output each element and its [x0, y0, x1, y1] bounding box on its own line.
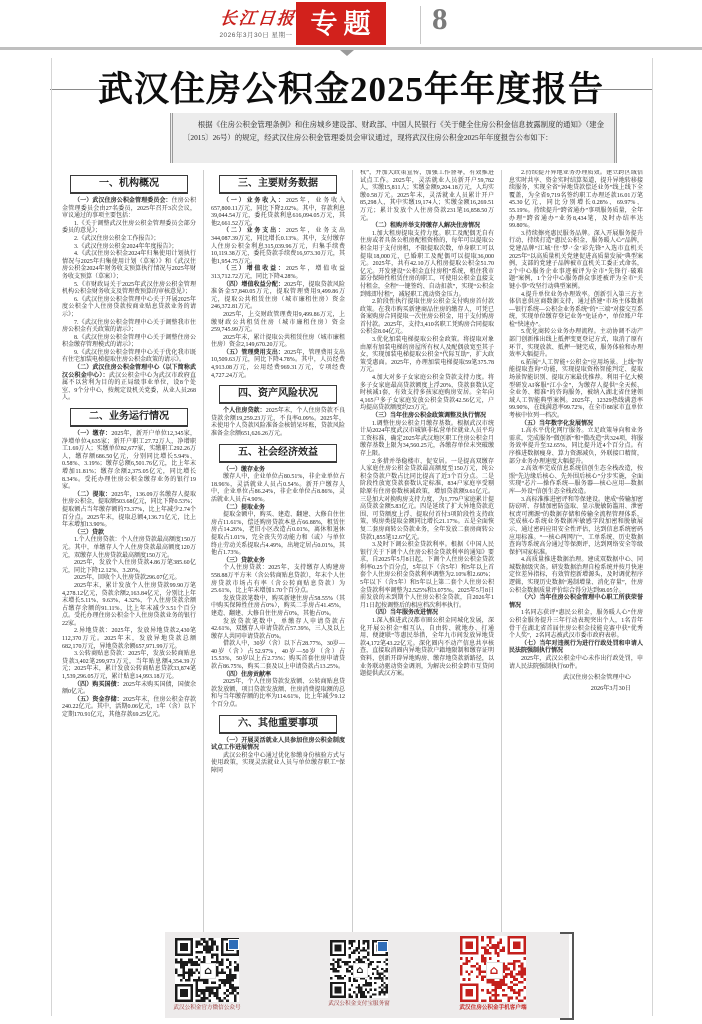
- paragraph: 个人住房贷款：2025年末，个人住房贷款不良贷款余额19,259.23万元，不良…: [211, 408, 345, 438]
- paragraph: 2025年，发放个人住房贷款4.86万笔385.60亿元，同比下降12.12%、…: [62, 560, 196, 575]
- subsection-heading: （四）当年服务改进情况: [360, 610, 494, 618]
- column-1: 一、机构概况（一）武汉住房公积金管理委员会：住房公积金管理委员会由27名委员，2…: [55, 170, 203, 934]
- page-number: 8: [432, 1, 448, 37]
- closing-line: 武汉住房公积金管理中心: [509, 674, 643, 682]
- paragraph: 4.《武汉住房公积金2024年归集使用计划执行情况与2025年归集使用计划（草案…: [62, 251, 196, 281]
- page-title: 武汉住房公积金2025年年度报告: [0, 62, 702, 112]
- paragraph: 2025年末，累计发放个人住房贷款99.90万笔4,278.12亿元，贷款余额2…: [62, 583, 196, 629]
- qr-blue-corner-icon: [228, 939, 239, 950]
- paragraph: 6.拓展“人工智能+公积金”应用场景。上线“智能提取查询”功能，实现提取资格智能…: [509, 360, 643, 421]
- subsection-heading: （七）当年对违规行为进行行政处罚和申请人民法院强制执行情况: [509, 641, 643, 656]
- paragraph: 5.《市财政局关于2025年武汉住房公积金管理机构公积金财务收支及管理费预算的审…: [62, 282, 196, 297]
- paragraph: （一）武汉住房公积金管理委员会：住房公积金管理委员会由27名委员，2025年召开…: [62, 198, 196, 221]
- paragraph: 6.《武汉住房公积金管理中心关于开展2025年度公积金个人住房贷款按商业贴息贷款…: [62, 297, 196, 320]
- paragraph: 3.公转商贴息贷款：2025年，发放公转商贴息贷款3,402笔299,973万元…: [62, 651, 196, 681]
- qr-caption: 武汉公积金官方微信公众号: [161, 1004, 253, 1012]
- paragraph: 4.高质量推进数据治理。建成双数据中心、同城数据级灾备。研发数据治理自检系统并按…: [509, 557, 643, 595]
- section-heading: 六、其他重要事项: [219, 715, 336, 734]
- paragraph: 1.高水平优化网厅服务。立足政策导向和业务需求，完成服务“微创新”和“微改造”共…: [509, 428, 643, 466]
- article-body: 一、机构概况（一）武汉住房公积金管理委员会：住房公积金管理委员会由27名委员，2…: [55, 170, 650, 934]
- qr-center-logo-icon: ⌂: [200, 963, 216, 979]
- paragraph: 3.优化加装电梯提取公积金政策。将提取对象由原有加装电梯的房屋所有权人及配偶放宽…: [360, 337, 494, 375]
- paragraph: 5.优化商转公业务办理流程。主动协调不动产部门创新推出线上抵押变更登记方式，取消…: [509, 329, 643, 359]
- paragraph: （二）提取：2025年，136.09万名缴存人提取住房公积金，提取额503.68…: [62, 492, 196, 530]
- paragraph: （三）增值收益：2025年，增值收益313,712.72万元，同比下降4.28%…: [211, 266, 345, 281]
- paragraph: 3.高标准推进密评和等保建设。建成“传输加密防窃听、存储加密防盗取、显示脱敏防滥…: [509, 497, 643, 558]
- paragraph: 7.《武汉住房公积金管理中心关于调整我市住房公积金有关政策的请示》；: [62, 320, 196, 335]
- paragraph: （五）管理费用支出：2025年，管理费用支出10,509.63万元，同比下降4.…: [211, 350, 345, 380]
- intro-text: 根据《住房公积金管理条例》和住房城乡建设部、财政部、中国人民银行《关于健全住房公…: [183, 118, 604, 144]
- paragraph: 2.阶段性执行提取住房公积金支付购房首付款政策。在我市购买新建商品住房的缴存人，…: [360, 299, 494, 337]
- paragraph: 权”，并加大政策宣传，加强工作督导，有效推进试点工作。2025年，灵活就业人员新…: [360, 170, 494, 223]
- paragraph: （五）资金存储：2025年末，住房公积金存款240.22亿元。其中，活期0.06…: [62, 697, 196, 720]
- paragraph: 3.及时下调公积金贷款利率。根据《中国人民银行关于下调个人住房公积金贷款利率的通…: [360, 542, 494, 610]
- paragraph: （四）购买国债：2025年未购买国债，国债余额0亿元。: [62, 682, 196, 697]
- paragraph: 3.持续擦亮惠民服务品牌。深入开展服务提升行动，持续打造“惠民公积金，服务暖人心…: [509, 231, 643, 292]
- paragraph: 1.加大租房提取支持力度。职工及配偶无自有住房或者具备公租房配租资格的，每年可以…: [360, 231, 494, 299]
- qr-panel-bracket: [560, 932, 574, 1020]
- paragraph: 2.《武汉住房公积金工作报告》；: [62, 236, 196, 244]
- paragraph: 发放贷款笔数中，购买新建住房占58.55%（其中购买保障性住房占0%），购买二手…: [211, 596, 345, 619]
- section-heading: 三、主要财务数据: [219, 175, 336, 194]
- paragraph: 缴存人中，企业单位占80.51%，非企业单位占18.96%，灵活就业人员占0.5…: [211, 474, 345, 504]
- paragraph: 2025年末，累计提取公共租赁住房（城市廉租住房）资金2,149,670.20万…: [211, 335, 345, 350]
- section-heading: 二、业务运行情况: [70, 408, 187, 427]
- pointer-triangle-icon: [340, 50, 354, 56]
- paragraph: 1.调整住房公积金月缴存基数。根据武汉市统计局2024年度武汉市城镇非私营单位就…: [360, 421, 494, 459]
- paragraph: 1名同志获评“惠民公积金，服务暖人心”住房公积金服务提升三年行动表现突出个人，1…: [509, 610, 643, 640]
- paragraph: 1.《关于调整武汉住房公积金管理委员会部分委员的意见》；: [62, 221, 196, 236]
- subsection-heading: （一）开展灵活就业人员参加住房公积金制度试点工作进展情况: [211, 738, 345, 753]
- paragraph: 武汉公积金中心通过优化参缴身份核验方式与使用政策，实现灵活就业人员与单位缴存职工…: [211, 753, 345, 776]
- paragraph: （二）武汉住房公积金管理中心（以下简称武汉公积金中心）：武汉公积金中心为武汉市政…: [62, 365, 196, 403]
- subsection-heading: （二）租购并举支持缴存人解决住房情况: [360, 223, 494, 231]
- paragraph: 4.加大对多子女家庭公积金贷款支持力度。将多子女家庭最高贷款额度上浮20%，贷款…: [360, 375, 494, 413]
- newspaper-logo: 长江日报: [207, 4, 310, 29]
- paragraph: （四）增值收益分配：2025年，提取贷款风险准备金57,840.05万元，提取管…: [211, 282, 345, 312]
- subsection-heading: （三）当年住房公积金政策调整及执行情况: [360, 413, 494, 421]
- paragraph: （二）业务支出：2025年，业务支出344,087.39万元，同比增长0.13%…: [211, 228, 345, 266]
- closing-line: 2026年3月30日: [509, 685, 643, 693]
- qr-center-logo-icon: ⌂: [486, 962, 503, 979]
- qr-caption: 武汉住房公积金手机客户端: [447, 1004, 539, 1012]
- column-4: 2.持续提升异地业务办理质效。建立跨区域信息实时共享、资金实时结算渠道，提升异地…: [501, 170, 650, 934]
- qr-blue-corner-icon: [377, 941, 388, 952]
- paragraph: 个人住房贷款：2025年，支持缴存人购建房558.88万平方米（含公转商贴息贷款…: [211, 565, 345, 595]
- paragraph: 2.高效率完成信息系统信创生态全栈改造，按照“先边缘后核心、先外围后核心”分步实…: [509, 466, 643, 496]
- subsection-heading: （六）当年住房公积金管理中心职工所获荣誉情况: [509, 595, 643, 610]
- paragraph: 2.异地贷款：2025年，发放异地贷款2,430笔112,370万元。2025年…: [62, 628, 196, 651]
- section-heading: 一、机构概况: [70, 175, 187, 194]
- paragraph: 借款人中，30岁（含）以下占28.77%，30岁—40岁（含）占52.97%，4…: [211, 641, 345, 671]
- paragraph: 9.《武汉住房公积金管理中心关于优化我市既有住宅加装电梯提取住房公积金政策的请示…: [62, 350, 196, 365]
- paragraph: 4.提升单位业务办理效率。创新引入第三方主体信息供应商数据支持，通过搭建“市场主…: [509, 292, 643, 330]
- paragraph: 2025年，回收个人住房贷款296.07亿元。: [62, 575, 196, 583]
- section-heading: 五、社会经济效益: [219, 444, 336, 463]
- paragraph: 8.《武汉住房公积金管理中心关于调整住房公积金缴存管理模式的请示》；: [62, 335, 196, 350]
- paragraph: 2.持续提升异地业务办理质效。建立跨区域信息实时共享、资金实时结算渠道，提升异地…: [509, 170, 643, 231]
- paragraph: 2025年，个人住房贷款发放额、公转商贴息贷款发放额、项目贷款发放额、住房消费提…: [211, 679, 345, 709]
- paragraph: 发放贷款笔数中，单缴存人申请贷款占42.61%，双缴存人申请贷款占57.39%，…: [211, 619, 345, 642]
- masthead-divider: [420, 6, 421, 44]
- paragraph: 2025年，上交财政管理费用9,499.86万元，上缴财政公共租赁住房（城市廉租…: [211, 312, 345, 335]
- paragraph: 1.深入推进武汉都市圈公积金同城化发展，深化开展公积金“相互认、自由转、就地办、…: [360, 618, 494, 679]
- qr-caption: 武汉公积金支付宝服务窗: [313, 1000, 405, 1008]
- intro-box: 根据《住房公积金管理条例》和住房城乡建设部、财政部、中国人民银行《关于健全住房公…: [170, 113, 617, 163]
- title-rule-right: [588, 89, 652, 90]
- paragraph: （一）缴存：2025年，新开户单位12,345家，净增单位4,635家；新开户职…: [62, 431, 196, 492]
- column-2: 三、主要财务数据（一）业务收入：2025年，业务收入657,800.11万元，同…: [203, 170, 352, 934]
- newspaper-page: 长江日报 2026年3月30日 星期一 专题 8 武汉住房公积金2025年年度报…: [0, 0, 702, 1024]
- section-badge: 专题: [296, 2, 386, 45]
- paragraph: （一）业务收入：2025年，业务收入657,800.11万元，同比下降2.02%…: [211, 198, 345, 228]
- paragraph: 2025年，武汉公积金中心未作出行政处罚，申请人民法院强制执行60件。: [509, 656, 643, 671]
- qr-center-logo-icon: ⌂: [353, 963, 368, 978]
- paragraph: 1.个人住房贷款：个人住房贷款最高额度150万元。其中，单缴存人个人住房贷款最高…: [62, 537, 196, 560]
- paragraph: 2.多措并举稳楼市、促安居。一是提高双缴存人家庭住房公积金贷款最高额度至150万…: [360, 459, 494, 543]
- column-3: 权”，并加大政策宣传，加强工作督导，有效推进试点工作。2025年，灵活就业人员新…: [352, 170, 501, 934]
- section-heading: 四、资产风险状况: [219, 385, 336, 404]
- paragraph: 提取金额中，购买、建造、翻建、大修自住住房占11.61%，偿还购房贷款本息占66…: [211, 512, 345, 558]
